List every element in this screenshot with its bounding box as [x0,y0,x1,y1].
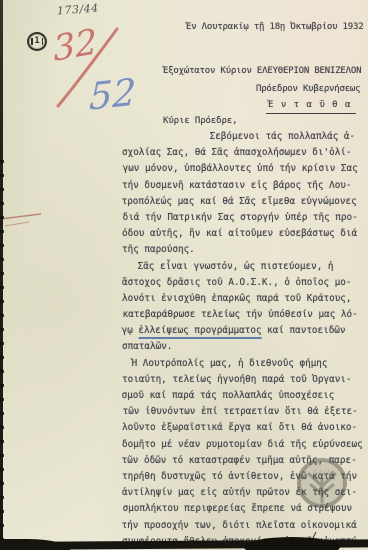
bottom-right-shadow [244,537,340,550]
body-line: ἀντίληψίν μας εἰς αὐτήν πρῶτον ἐκ τῆς σε… [0,485,368,501]
body-line: τροπόλεώς μας καί θά Σᾶς εἴμεθα εὐγνώμον… [0,194,368,210]
body-line: σπαταλῶν. [0,339,368,355]
recipient-place: Ἐ ν τ α ῦ θ α [266,100,356,114]
body-line: Ἡ Λουτρόπολίς μας, ἡ διεθνοῦς φήμης [1,356,368,372]
body-line: σμοπλήκτου περιφερείας ἔπρεπε νά στρέψου… [1,501,368,517]
salutation: Κύριε Πρόεδρε, [163,116,237,126]
body-line: σμοῦ καί παρά τάς πολλαπλάς ὑποσχέσεις [0,388,368,404]
body-line: δομῆτο μέ νέαν ρυμοτομίαν διά τῆς εὐρύνσ… [0,437,368,453]
binding-tick-marks [0,160,4,544]
blue-pencil-number: 52 [88,70,136,118]
body-line: Σεβόμενοι τάς πολλαπλάς ἀ- [0,129,368,145]
body-line: όδου αὐτῆς, ἥν καί αἰτοῦμεν εὐσεβάστως δ… [0,226,368,242]
recipient-title: Πρόεδρον Κυβερνήσεως [256,84,360,94]
body-line: κατεβαράθρωσε τελείως τήν ὑπόθεσίν μας λ… [1,307,368,323]
body-line: τῶν ἰθυνόντων ἐπί τετραετίαν ὅτι θά ἐξετ… [1,404,368,420]
body-line: διά τήν Πατρικήν Σας στοργήν ὑπέρ τῆς πρ… [1,210,368,226]
body-line: τοιαύτη, τελείως ἠγνοήθη παρά τοῦ Ὀργανι… [0,372,368,388]
scanned-letter-page: Ἐν Λουτρακίῳ τῇ 18ῃ Ὀκτωβρίου 1932 Ἐξοχώ… [0,0,368,550]
body-line: γῳ ἐλλείψεως προγράμματος καί παντοειδῶν [0,323,368,339]
blue-underlined-phrase: ἐλλείψεως προγράμματος [138,325,261,339]
dateline: Ἐν Λουτρακίῳ τῇ 18ῃ Ὀκτωβρίου 1932 [186,22,363,32]
recipient-name: Ἐξοχώτατον Κύριον ΕΛΕΥΘΕΡΙΟΝ ΒΕΝΙΖΕΛΟΝ [163,66,361,76]
body-line: γων μόνον, ὑποβάλλοντες ὑπό τήν κρίσιν Σ… [1,161,368,177]
page-number-stamp: 1 [27,32,47,51]
body-line: λοῦντο ἐξωραϊστικά ἔργα καί ὅτι θά ἀνοικ… [0,420,368,436]
body-line: τηρήθη δυστυχῶς τό ἀντίθετον, ἐνῶ κατά τ… [0,469,368,485]
body-line: σχολίας Σας, θά Σᾶς ἀπασχολήσωμεν δι'ὀλί… [0,145,368,161]
body-line: ἄστοχος δρᾶσις τοῦ Α.Ο.Σ.Κ., ὁ ὁποῖος μο… [0,275,368,291]
body-line: λονότι ἐνισχύθη ἐπαρκῶς παρά τοῦ Κράτους… [0,291,368,307]
red-pencil-number: 32 [52,22,99,70]
body-line: Σᾶς εἶναι γνωστόν, ὡς πιστεύομεν, ἡ [0,259,368,275]
body-line: τῶν ὁδῶν τό καταστραφέν τμῆμα αὐτῆς, παρ… [0,453,368,469]
letter-body: Σεβόμενοι τάς πολλαπλάς ἀ-σχολίας Σας, θ… [0,129,368,550]
body-line: τῆς παρούσης. [0,242,368,258]
body-line: τήν δυσμενῆ κατάστασιν εἰς βάρος τῆς Λου… [0,178,368,194]
